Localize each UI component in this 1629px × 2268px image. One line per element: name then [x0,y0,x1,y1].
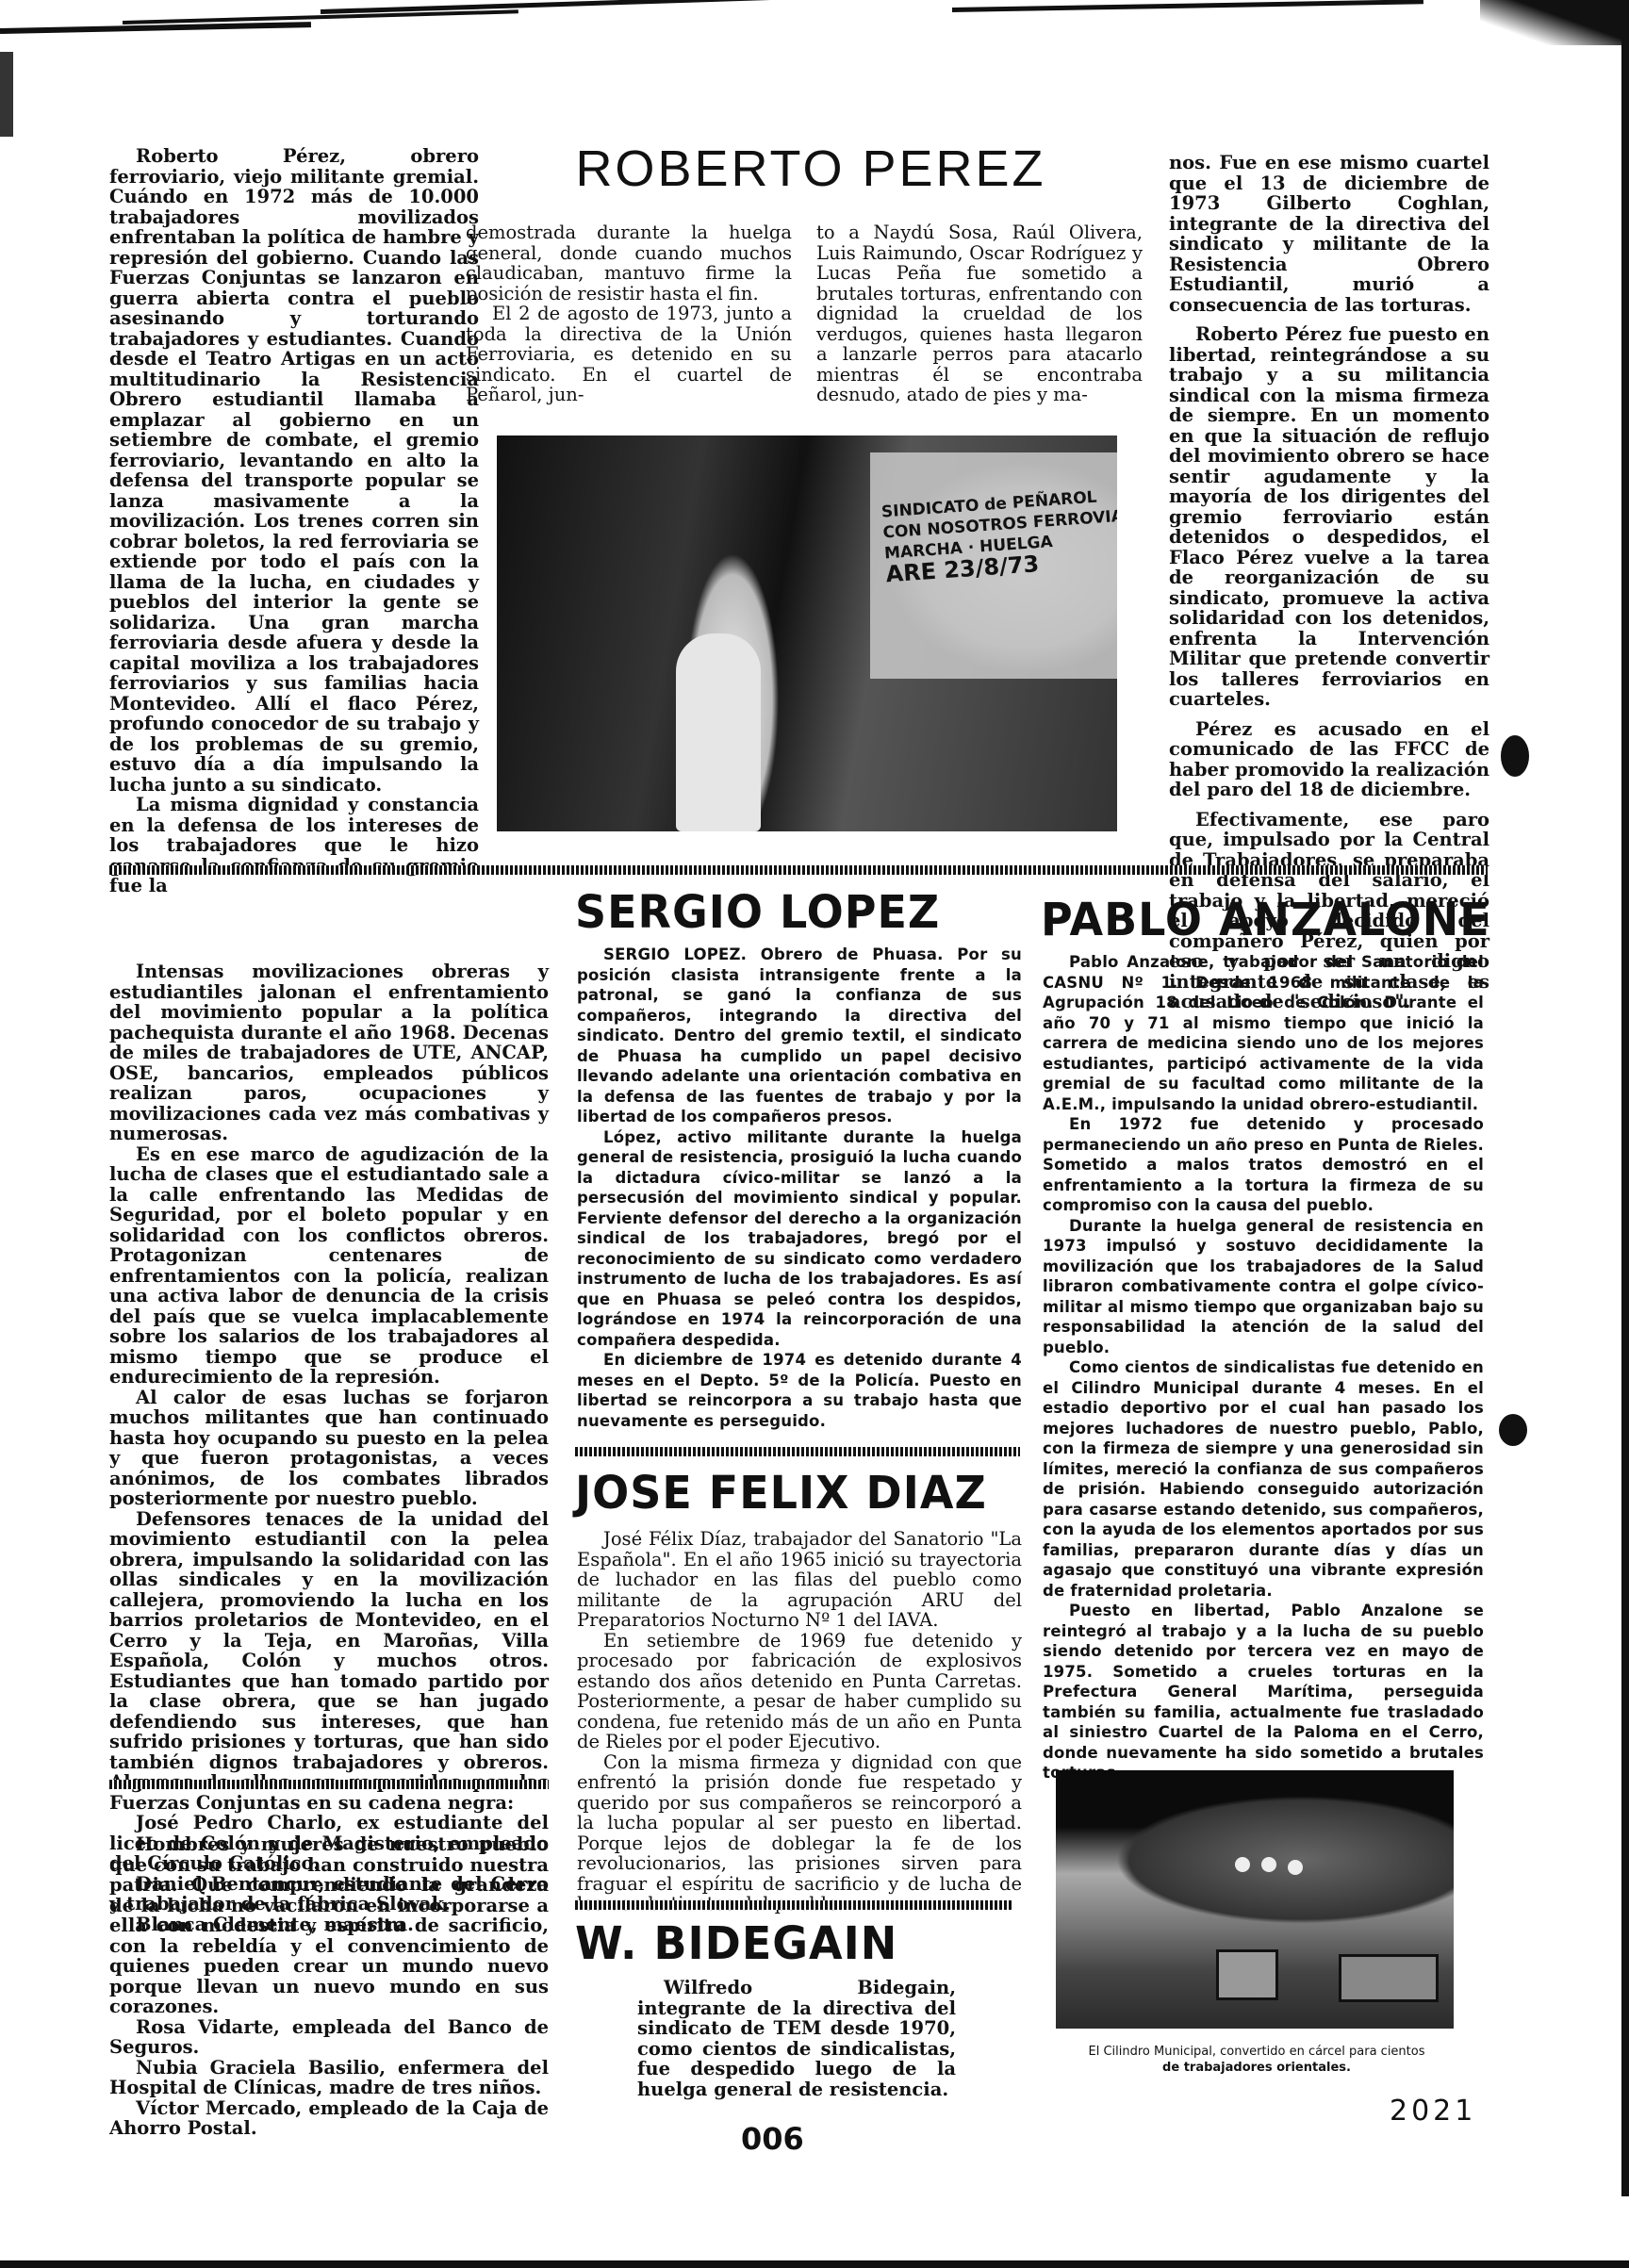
trabajadores-text: Hombres y mujeres de nuestro pueblo que … [109,1834,549,2139]
paragraph: Con la misma firmeza y dignidad con que … [577,1752,1022,1915]
paragraph: Durante la huelga general de resistencia… [1043,1216,1484,1358]
paragraph: En setiembre de 1969 fue detenido y proc… [577,1631,1022,1752]
paragraph: Wilfredo Bidegain, integrante de la dire… [637,1978,956,2099]
paragraph: Defensores tenaces de la unidad del movi… [109,1509,549,1814]
paragraph: López, activo militante durante la huelg… [577,1127,1022,1351]
paragraph: Nubia Graciela Basilio, enfermera del Ho… [109,2058,549,2098]
section-divider [109,865,1488,875]
page-number: 2021 [1390,2095,1476,2128]
scan-edge-left [0,52,13,137]
scan-edge-right [1621,0,1629,2196]
paragraph: Es en ese marco de agudización de la luc… [109,1144,549,1388]
section-divider [575,1900,1012,1910]
paragraph: Puesto en libertad, Pablo Anzalone se re… [1043,1601,1484,1783]
scan-edge-top [952,0,1423,12]
paragraph: En diciembre de 1974 es detenido durante… [577,1350,1022,1431]
roberto-perez-col3: to a Naydú Sosa, Raúl Olivera, Luis Raim… [816,222,1143,405]
sergio-lopez-text: SERGIO LOPEZ. Obrero de Phuasa. Por su p… [577,945,1022,1431]
photo-caption: El Cilindro Municipal, convertido en cár… [1046,2044,1467,2076]
photo-light [1235,1857,1250,1872]
section-divider [109,1780,549,1789]
photo-light [1261,1857,1276,1872]
paragraph: Víctor Mercado, empleado de la Caja de A… [109,2098,549,2139]
w-bidegain-title: W. BIDEGAIN [575,1916,897,1970]
photo-figure-woman [676,633,761,831]
ink-blot [1501,735,1529,777]
roberto-perez-title: ROBERTO PEREZ [490,140,1131,198]
scan-edge-bottom [0,2260,1629,2268]
pablo-anzalone-title: PABLO ANZALONE [1041,893,1490,946]
photo-cilindro-municipal [1056,1770,1454,2029]
scan-corner-shadow [1480,0,1621,45]
photo-light [1288,1860,1303,1875]
paragraph: Hombres y mujeres de nuestro pueblo que … [109,1834,549,2017]
roberto-perez-col1: Roberto Pérez, obrero ferroviario, viejo… [109,146,479,896]
folio-number: 006 [741,2121,804,2157]
roberto-perez-col4: nos. Fue en ese mismo cuartel que el 13 … [1169,153,1489,1012]
paragraph: José Félix Díaz, trabajador del Sanatori… [577,1529,1022,1631]
paragraph: nos. Fue en ese mismo cuartel que el 13 … [1169,153,1489,315]
paragraph: Rosa Vidarte, empleada del Banco de Segu… [109,2017,549,2058]
paragraph: Roberto Pérez, obrero ferroviario, viejo… [109,146,479,795]
jose-felix-diaz-title: JOSE FELIX DIAZ [575,1466,987,1520]
paragraph: Pablo Anzalone, trabajador del Sanatorio… [1043,952,1484,1114]
photo-gate [1216,1949,1278,2000]
paragraph: Roberto Pérez fue puesto en libertad, re… [1169,324,1489,710]
w-bidegain-text: Wilfredo Bidegain, integrante de la dire… [637,1978,956,2099]
paragraph: Pérez es acusado en el comunicado de las… [1169,719,1489,800]
paragraph: La misma dignidad y constancia en la def… [109,795,479,896]
jose-felix-diaz-text: José Félix Díaz, trabajador del Sanatori… [577,1529,1022,1915]
roberto-perez-col2: demostrada durante la huelga general, do… [466,222,792,405]
paragraph: Intensas movilizaciones obreras y estudi… [109,961,549,1144]
paragraph: El 2 de agosto de 1973, junto a toda la … [466,304,792,405]
sergio-lopez-title: SERGIO LOPEZ [575,885,940,939]
paragraph: Al calor de esas luchas se forjaron much… [109,1388,549,1509]
paragraph: Como cientos de sindicalistas fue deteni… [1043,1357,1484,1601]
section-divider [575,1447,1020,1456]
paragraph: to a Naydú Sosa, Raúl Olivera, Luis Raim… [816,222,1143,405]
photo-gate [1339,1954,1439,2002]
paragraph: SERGIO LOPEZ. Obrero de Phuasa. Por su p… [577,945,1022,1127]
ink-blot [1499,1414,1527,1446]
caption-line: de trabajadores orientales. [1162,2061,1351,2075]
paragraph: demostrada durante la huelga general, do… [466,222,792,304]
pablo-anzalone-text: Pablo Anzalone, trabajador del Sanatorio… [1043,952,1484,1783]
paragraph: En 1972 fue detenido y procesado permane… [1043,1114,1484,1216]
caption-line: El Cilindro Municipal, convertido en cár… [1088,2045,1424,2059]
photo-penarol-barracks-graffiti: SINDICATO de PEÑAROL CON NOSOTROS FERROV… [497,436,1117,831]
